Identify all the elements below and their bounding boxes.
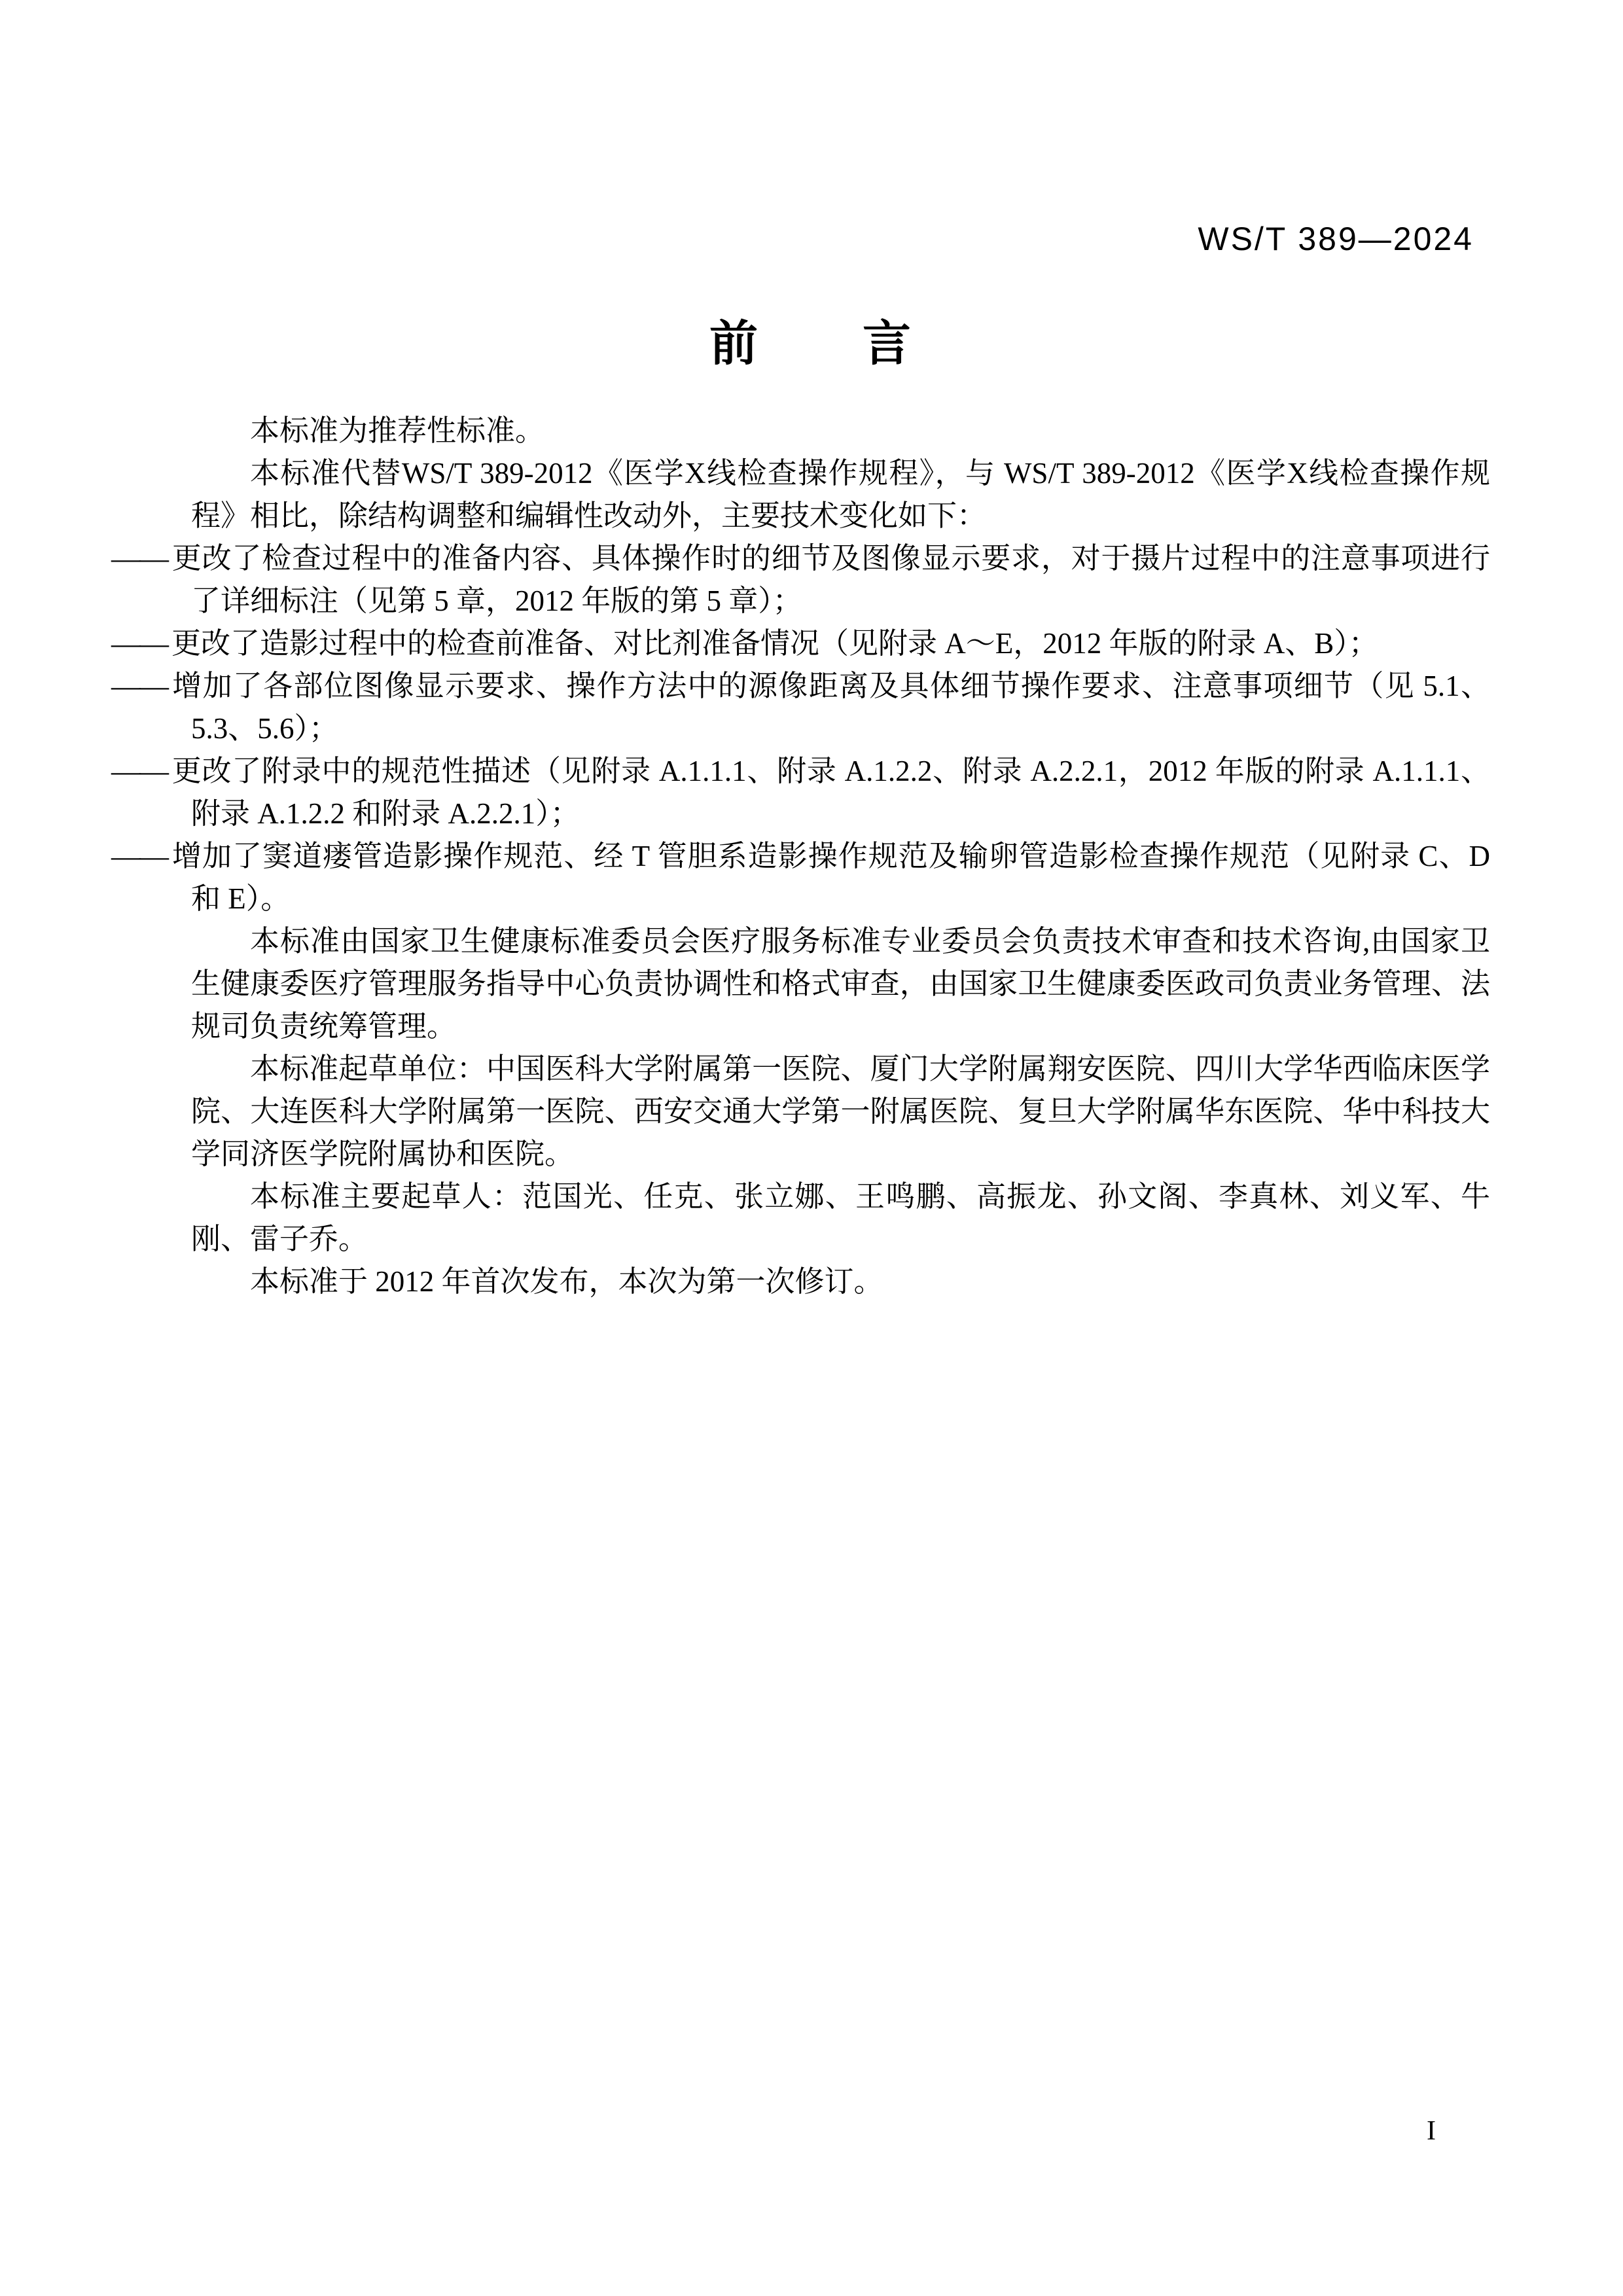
standard-number: WS/T 389—2024: [1198, 220, 1474, 258]
em-dash-prefix: ——: [111, 542, 171, 575]
change-item: ——更改了检查过程中的准备内容、具体操作时的细节及图像显示要求，对于摄片过程中的…: [191, 537, 1490, 622]
change-item-text: 增加了各部位图像显示要求、操作方法中的源像距离及具体细节操作要求、注意事项细节（…: [171, 670, 1490, 745]
page-title: 前 言: [0, 305, 1623, 374]
change-item: ——增加了窦道瘘管造影操作规范、经 T 管胆系造影操作规范及输卵管造影检查操作规…: [191, 835, 1490, 920]
drafters-paragraph: 本标准主要起草人：范国光、任克、张立娜、王鸣鹏、高振龙、孙文阁、李真林、刘义军、…: [191, 1175, 1490, 1261]
change-item: ——更改了附录中的规范性描述（见附录 A.1.1.1、附录 A.1.2.2、附录…: [191, 750, 1490, 835]
document-page: WS/T 389—2024 前 言 本标准为推荐性标准。 本标准代替WS/T 3…: [0, 0, 1623, 2296]
em-dash-prefix: ——: [111, 627, 171, 660]
em-dash-prefix: ——: [111, 840, 171, 872]
em-dash-prefix: ——: [111, 670, 171, 702]
change-item: ——增加了各部位图像显示要求、操作方法中的源像距离及具体细节操作要求、注意事项细…: [191, 665, 1490, 750]
foreword-content: 本标准为推荐性标准。 本标准代替WS/T 389-2012《医学X线检查操作规程…: [191, 410, 1490, 1303]
change-item: ——更改了造影过程中的检查前准备、对比剂准备情况（见附录 A～E，2012 年版…: [191, 622, 1490, 665]
change-item-text: 更改了附录中的规范性描述（见附录 A.1.1.1、附录 A.1.2.2、附录 A…: [171, 755, 1490, 830]
responsibility-paragraph: 本标准由国家卫生健康标准委员会医疗服务标准专业委员会负责技术审查和技术咨询,由国…: [191, 920, 1490, 1048]
drafting-organizations-paragraph: 本标准起草单位：中国医科大学附属第一医院、厦门大学附属翔安医院、四川大学华西临床…: [191, 1048, 1490, 1175]
change-item-text: 更改了检查过程中的准备内容、具体操作时的细节及图像显示要求，对于摄片过程中的注意…: [171, 542, 1490, 617]
intro-paragraph: 本标准为推荐性标准。: [191, 410, 1490, 452]
em-dash-prefix: ——: [111, 755, 171, 787]
change-item-text: 更改了造影过程中的检查前准备、对比剂准备情况（见附录 A～E，2012 年版的附…: [171, 627, 1378, 660]
change-item-text: 增加了窦道瘘管造影操作规范、经 T 管胆系造影操作规范及输卵管造影检查操作规范（…: [171, 840, 1490, 915]
intro-paragraph: 本标准代替WS/T 389-2012《医学X线检查操作规程》，与 WS/T 38…: [191, 452, 1490, 537]
revision-history-paragraph: 本标准于 2012 年首次发布，本次为第一次修订。: [191, 1261, 1490, 1303]
page-number: I: [1427, 2115, 1436, 2147]
